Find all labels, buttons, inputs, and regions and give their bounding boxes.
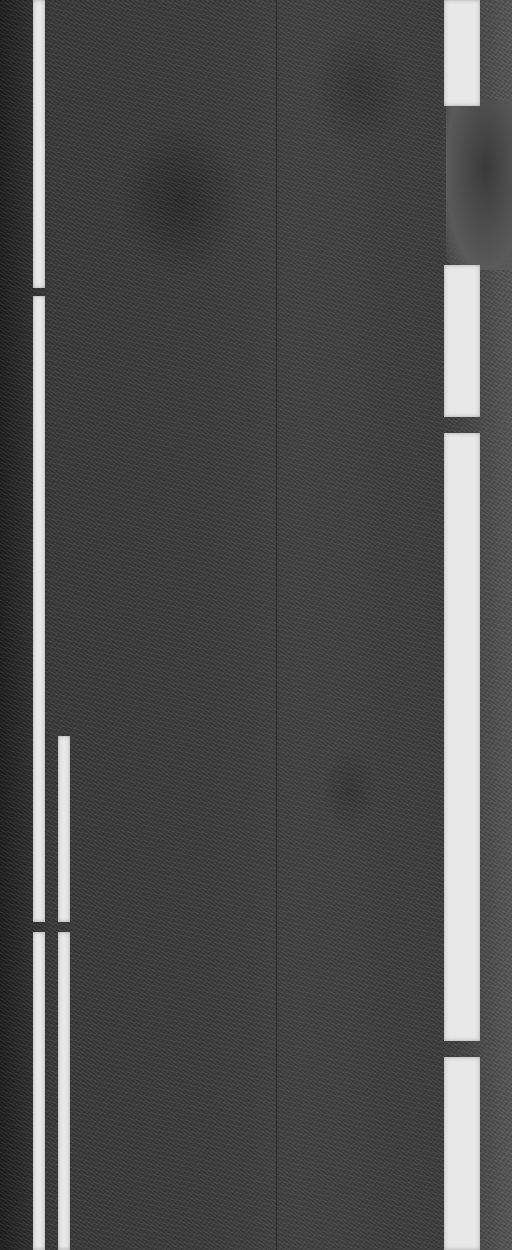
- pavement-stain: [446, 100, 512, 270]
- road-surface: [0, 0, 512, 1250]
- left-inner-line-segment: [58, 736, 70, 922]
- asphalt-texture: [0, 0, 512, 1250]
- left-edge-line-segment: [33, 296, 45, 922]
- left-edge-line-segment: [33, 932, 45, 1250]
- right-lane-dash: [444, 0, 480, 106]
- right-lane-dash: [444, 433, 480, 1041]
- center-seam: [276, 0, 277, 1250]
- right-lane-dash: [444, 1057, 480, 1250]
- left-inner-line-segment: [58, 932, 70, 1250]
- right-lane-dash: [444, 265, 480, 417]
- left-edge-line-segment: [33, 0, 45, 288]
